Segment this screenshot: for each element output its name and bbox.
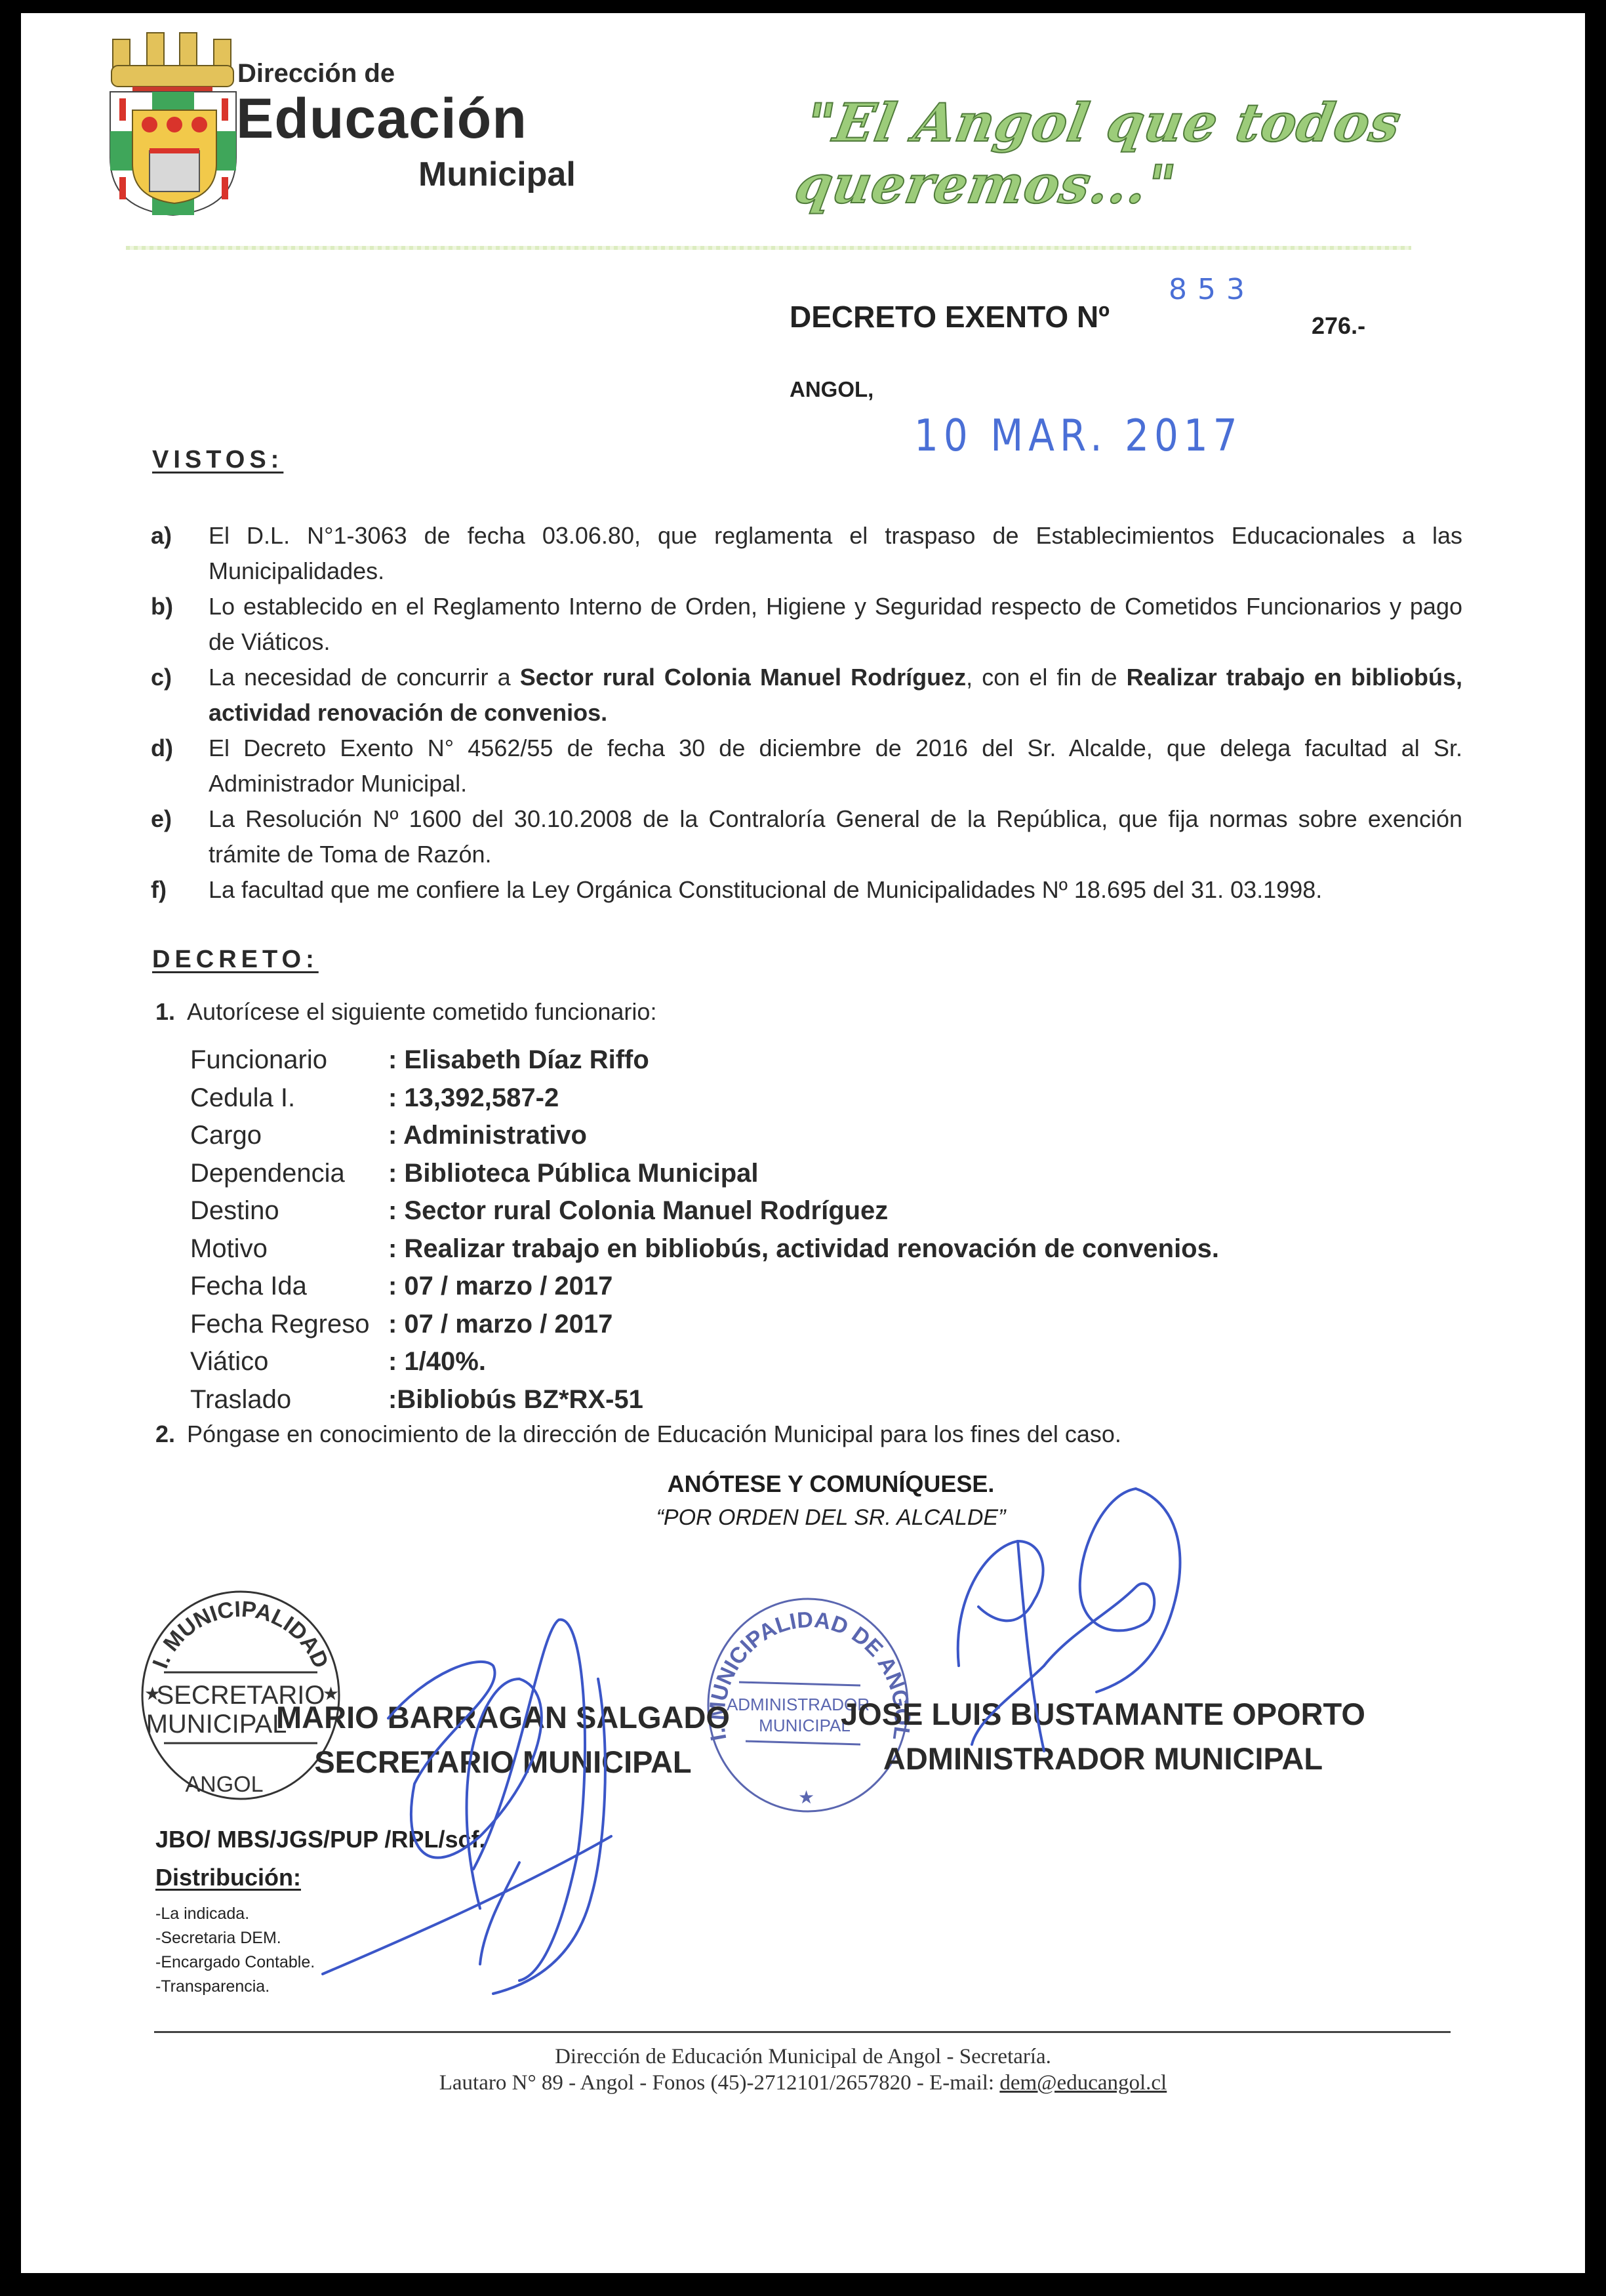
field-value: : 07 / marzo / 2017 — [388, 1272, 612, 1301]
decree-item-2: 2.Póngase en conocimiento de la direcció… — [155, 1420, 1121, 1448]
closing-line-1: ANÓTESE Y COMUNÍQUESE. — [536, 1470, 1126, 1498]
footer-address: Lautaro N° 89 - Angol - Fonos (45)-27121… — [439, 2071, 1000, 2095]
field-row: Destino: Sector rural Colonia Manuel Rod… — [190, 1192, 1219, 1230]
item-label: a) — [151, 518, 209, 589]
decree-title: DECRETO EXENTO Nº — [790, 299, 1110, 334]
field-label: Destino — [190, 1196, 388, 1226]
list-item: a) El D.L. N°1-3063 de fecha 03.06.80, q… — [151, 518, 1462, 589]
document-page: Dirección de Educación Municipal "El Ang… — [21, 13, 1585, 2273]
signatory-2: JOSE LUIS BUSTAMANTE OPORTO ADMINISTRADO… — [834, 1692, 1372, 1781]
list-item: c) La necesidad de concurrir a Sector ru… — [151, 660, 1462, 731]
stamped-decree-number: 853 — [1169, 273, 1255, 306]
field-label: Fecha Regreso — [190, 1310, 388, 1339]
field-row: Fecha Regreso: 07 / marzo / 2017 — [190, 1306, 1219, 1344]
field-value: :Bibliobús BZ*RX-51 — [388, 1385, 643, 1415]
field-value: : Biblioteca Pública Municipal — [388, 1159, 759, 1188]
item-label: c) — [151, 660, 209, 731]
list-item: e) La Resolución Nº 1600 del 30.10.2008 … — [151, 801, 1462, 872]
field-label: Traslado — [190, 1385, 388, 1415]
assignment-fields: Funcionario: Elisabeth Díaz RiffoCedula … — [190, 1041, 1219, 1419]
field-label: Viático — [190, 1347, 388, 1377]
item-number: 2. — [155, 1420, 175, 1447]
list-item: f) La facultad que me confiere la Ley Or… — [151, 872, 1462, 908]
distribution-heading: Distribución: — [155, 1864, 301, 1891]
decreto-heading: DECRETO: — [152, 946, 319, 974]
field-value: : 1/40%. — [388, 1347, 486, 1377]
item-label: d) — [151, 731, 209, 801]
field-row: Motivo: Realizar trabajo en bibliobús, a… — [190, 1230, 1219, 1268]
reference-initials: JBO/ MBS/JGS/PUP /RPL/scf. — [155, 1826, 485, 1853]
field-label: Fecha Ida — [190, 1272, 388, 1301]
decree-suffix: 276.- — [1312, 312, 1365, 340]
distribution-list: -La indicada. -Secretaria DEM. -Encargad… — [155, 1902, 315, 1999]
item-text: La Resolución Nº 1600 del 30.10.2008 de … — [209, 801, 1462, 872]
item-text: La facultad que me confiere la Ley Orgán… — [209, 872, 1462, 908]
distribution-item: -Encargado Contable. — [155, 1950, 315, 1975]
distribution-item: -Secretaria DEM. — [155, 1926, 315, 1950]
header-divider — [126, 246, 1411, 250]
field-label: Motivo — [190, 1234, 388, 1264]
distribution-item: -Transparencia. — [155, 1975, 315, 1999]
item-text: El D.L. N°1-3063 de fecha 03.06.80, que … — [209, 518, 1462, 589]
svg-text:I. MUNICIPALIDAD: I. MUNICIPALIDAD — [148, 1597, 333, 1672]
brand-line-2: Educación — [236, 87, 527, 151]
vistos-heading: VISTOS: — [152, 446, 283, 474]
signatory-role: SECRETARIO MUNICIPAL — [175, 1740, 831, 1784]
field-value: : Sector rural Colonia Manuel Rodríguez — [388, 1196, 888, 1226]
brand-line-1: Dirección de — [237, 59, 395, 89]
destination-text: Sector rural Colonia Manuel Rodríguez — [520, 664, 966, 691]
stamped-date: 10 MAR. 2017 — [914, 410, 1243, 461]
brand-line-3: Municipal — [418, 155, 576, 194]
field-value: : Administrativo — [388, 1121, 587, 1150]
field-value: : Elisabeth Díaz Riffo — [388, 1045, 649, 1075]
list-item: d) El Decreto Exento N° 4562/55 de fecha… — [151, 731, 1462, 801]
field-label: Dependencia — [190, 1159, 388, 1188]
field-row: Viático: 1/40%. — [190, 1343, 1219, 1381]
item-text: Lo establecido en el Reglamento Interno … — [209, 589, 1462, 660]
field-row: Traslado:Bibliobús BZ*RX-51 — [190, 1381, 1219, 1419]
footer-divider — [154, 2031, 1451, 2033]
field-value: : 07 / marzo / 2017 — [388, 1310, 612, 1339]
signatory-name: MARIO BARRAGAN SALGADO — [175, 1695, 831, 1740]
field-label: Funcionario — [190, 1045, 388, 1075]
field-value: : Realizar trabajo en bibliobús, activid… — [388, 1234, 1219, 1264]
field-row: Dependencia: Biblioteca Pública Municipa… — [190, 1155, 1219, 1193]
field-value: : 13,392,587-2 — [388, 1083, 559, 1113]
distribution-item: -La indicada. — [155, 1902, 315, 1926]
footer-line-2: Lautaro N° 89 - Angol - Fonos (45)-27121… — [21, 2071, 1585, 2095]
footer-line-1: Dirección de Educación Municipal de Ango… — [21, 2045, 1585, 2069]
slogan: "El Angol que todos queremos..." — [790, 92, 1585, 215]
svg-text:★: ★ — [798, 1787, 814, 1807]
signatory-1: MARIO BARRAGAN SALGADO SECRETARIO MUNICI… — [175, 1695, 831, 1784]
field-row: Cargo: Administrativo — [190, 1117, 1219, 1155]
item-label: e) — [151, 801, 209, 872]
item-text: La necesidad de concurrir a Sector rural… — [209, 660, 1462, 731]
item-text: Autorícese el siguiente cometido funcion… — [187, 998, 656, 1025]
item-number: 1. — [155, 998, 175, 1025]
footer-email-link[interactable]: dem@educangol.cl — [999, 2071, 1167, 2095]
municipal-coat-of-arms-icon — [106, 26, 244, 216]
field-row: Fecha Ida: 07 / marzo / 2017 — [190, 1268, 1219, 1306]
item-label: f) — [151, 872, 209, 908]
item-text: Póngase en conocimiento de la dirección … — [187, 1420, 1121, 1447]
svg-text:★: ★ — [144, 1683, 161, 1704]
vistos-list: a) El D.L. N°1-3063 de fecha 03.06.80, q… — [151, 518, 1462, 908]
closing-line-2: “POR ORDEN DEL SR. ALCALDE” — [536, 1505, 1126, 1531]
list-item: b) Lo establecido en el Reglamento Inter… — [151, 589, 1462, 660]
field-label: Cedula I. — [190, 1083, 388, 1113]
item-label: b) — [151, 589, 209, 660]
signatory-name: JOSE LUIS BUSTAMANTE OPORTO — [834, 1692, 1372, 1737]
field-label: Cargo — [190, 1121, 388, 1150]
field-row: Funcionario: Elisabeth Díaz Riffo — [190, 1041, 1219, 1079]
decree-item-1: 1.Autorícese el siguiente cometido funci… — [155, 998, 656, 1026]
decree-place: ANGOL, — [790, 377, 873, 402]
item-text: El Decreto Exento N° 4562/55 de fecha 30… — [209, 731, 1462, 801]
signatory-role: ADMINISTRADOR MUNICIPAL — [834, 1737, 1372, 1781]
field-row: Cedula I.: 13,392,587-2 — [190, 1079, 1219, 1118]
